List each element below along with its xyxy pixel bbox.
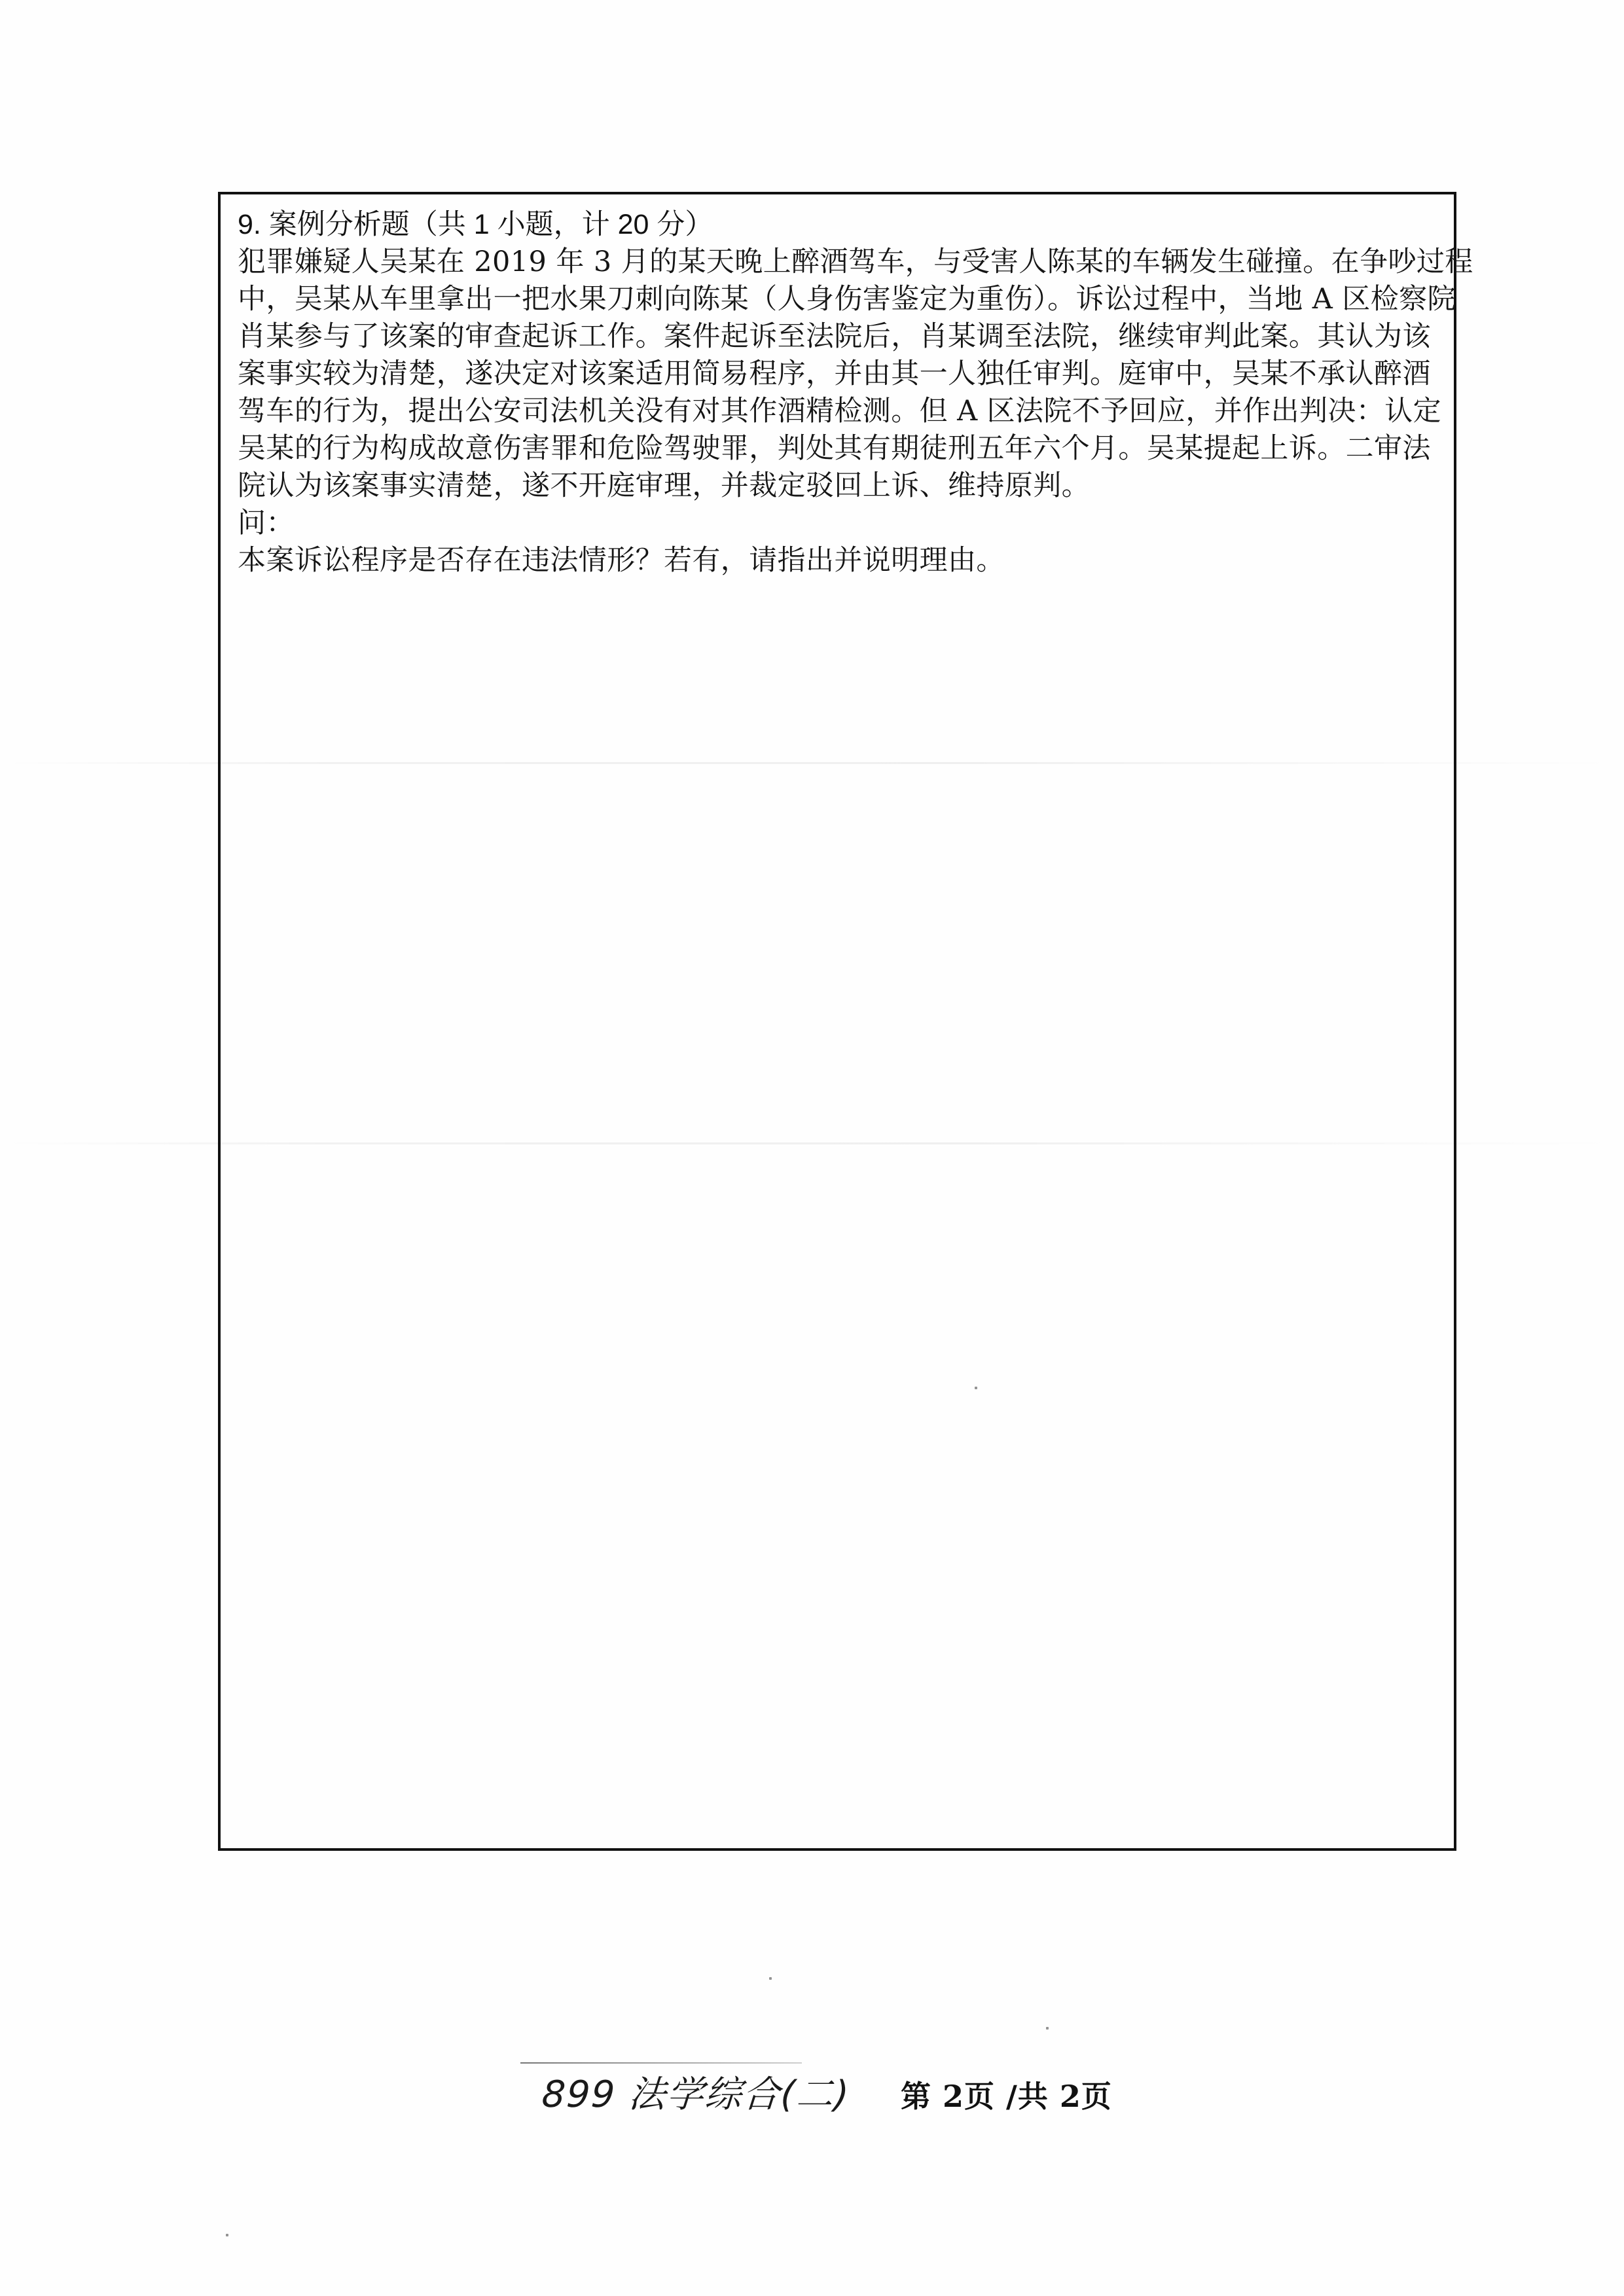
question-text-line: 犯罪嫌疑人吴某在 2019 年 3 月的某天晚上醉酒驾车，与受害人陈某的车辆发生… [238, 244, 1445, 281]
question-text-line: 吴某的行为构成故意伤害罪和危险驾驶罪，判处其有期徒刑五年六个月。吴某提起上诉。二… [238, 430, 1445, 467]
scan-speck [226, 2234, 228, 2236]
footer-rule [520, 2062, 802, 2064]
question-content: 9. 案例分析题（共 1 小题，计 20 分） 犯罪嫌疑人吴某在 2019 年 … [238, 206, 1445, 579]
question-text-line: 院认为该案事实清楚，遂不开庭审理，并裁定驳回上诉、维持原判。 [238, 467, 1445, 505]
question-prompt-label: 问： [238, 505, 1445, 542]
handwritten-exam-code: 899 法学综合(二) [541, 2072, 852, 2118]
exam-page: 9. 案例分析题（共 1 小题，计 20 分） 犯罪嫌疑人吴某在 2019 年 … [0, 0, 1624, 2296]
scan-speck [975, 1387, 977, 1389]
question-prompt: 本案诉讼程序是否存在违法情形？若有，请指出并说明理由。 [238, 542, 1445, 579]
scan-speck [1046, 2027, 1049, 2030]
question-heading: 9. 案例分析题（共 1 小题，计 20 分） [238, 206, 1445, 244]
scan-speck [769, 1977, 772, 1980]
page-number: 第 2页 /共 2页 [901, 2078, 1112, 2115]
question-text-line: 肖某参与了该案的审查起诉工作。案件起诉至法院后，肖某调至法院，继续审判此案。其认… [238, 318, 1445, 355]
question-text-line: 驾车的行为，提出公安司法机关没有对其作酒精检测。但 A 区法院不予回应，并作出判… [238, 393, 1445, 430]
question-box: 9. 案例分析题（共 1 小题，计 20 分） 犯罪嫌疑人吴某在 2019 年 … [218, 192, 1456, 1851]
question-text-line: 案事实较为清楚，遂决定对该案适用简易程序，并由其一人独任审判。庭审中，吴某不承认… [238, 355, 1445, 393]
question-text-line: 中，吴某从车里拿出一把水果刀刺向陈某（人身伤害鉴定为重伤）。诉讼过程中，当地 A… [238, 281, 1445, 318]
